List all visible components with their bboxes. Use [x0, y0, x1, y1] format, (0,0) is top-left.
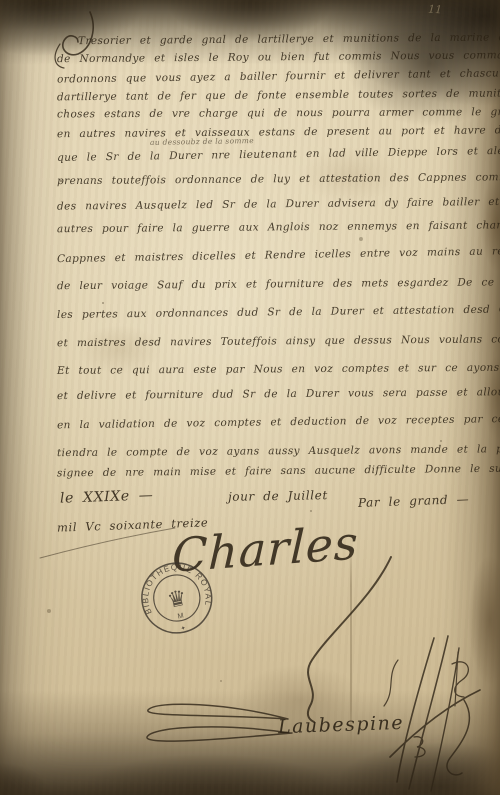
- manuscript-photo: 11 Tresorier et garde gnal de lartillery…: [0, 0, 500, 795]
- paraphe-squiggle-bar: [455, 652, 458, 706]
- crown-icon: ♛: [165, 585, 189, 613]
- manuscript-line: des navires Ausquelz led Sr de la Durer …: [57, 195, 500, 212]
- paraphe-stroke: [409, 636, 448, 789]
- manuscript-line: les pertes aux ordonnances dud Sr de la …: [57, 303, 500, 321]
- paraphe-s-curve: [447, 700, 470, 775]
- manuscript-line: prenans touteffois ordonnance de luy et …: [57, 171, 500, 187]
- paraphe-three-mark: [414, 737, 425, 757]
- manuscript-line: de leur voiage Sauf du prix et fournitur…: [57, 276, 500, 292]
- stamp-ornament-icon: ✦: [180, 625, 186, 633]
- manuscript-line: ordonnons que vous ayez a bailler fourni…: [57, 66, 500, 85]
- paraphe-squiggle: [452, 662, 468, 697]
- countersignature-loop-upper: [148, 704, 288, 719]
- manuscript-line: Et tout ce qui aura este par Nous en voz…: [57, 361, 500, 377]
- manuscript-line: en autres navires et vaisseaux estans de…: [57, 124, 500, 140]
- manuscript-line: dartillerye tant de fer que de fonte ens…: [57, 87, 500, 104]
- library-stamp: BIBLIOTHEQUE ROYALE ♛ M ✦: [129, 551, 224, 648]
- manuscript-line: autres pour faire la guerre aux Anglois …: [57, 219, 500, 235]
- folio-number: 11: [428, 3, 443, 17]
- manuscript-line: en la validation de voz comptes et deduc…: [57, 413, 500, 432]
- manuscript-line: choses estans de vre charge qui de nous …: [57, 106, 500, 121]
- date-day: le XXIXe —: [60, 487, 154, 506]
- signature-companion-stroke: [384, 660, 398, 706]
- stamp-center-letter: M: [177, 612, 185, 621]
- secretary-countersignature: Laubespine: [278, 712, 405, 738]
- paraphe-stroke: [397, 638, 434, 782]
- interline-note: au dessoubz de la somme: [150, 136, 254, 147]
- manuscript-line: tiendra le compte de voz ayans aussy Aus…: [57, 443, 500, 459]
- countersignature-loop-lower: [147, 727, 292, 741]
- manuscript-line: et maistres desd navires Touteffois ains…: [57, 333, 500, 350]
- manuscript-line: Cappnes et maistres dicelles et Rendre i…: [57, 245, 500, 265]
- manuscript-line: de Normandye et isles le Roy ou bien fut…: [57, 49, 500, 65]
- initial-paraphe: [63, 12, 93, 55]
- manuscript-line: et delivre et fourniture dud Sr de la Du…: [57, 386, 500, 402]
- manuscript-line: que le Sr de la Durer nre lieutenant en …: [57, 144, 500, 164]
- manuscript-line: Tresorier et garde gnal de lartillerye e…: [78, 31, 500, 47]
- date-month: jour de Juillet: [228, 488, 328, 504]
- manuscript-line: signee de nre main mise et faire sans au…: [57, 463, 500, 480]
- fold-crease: [350, 545, 352, 750]
- countersign-authority: Par le grand —: [358, 492, 470, 510]
- paraphe-stroke: [431, 648, 459, 791]
